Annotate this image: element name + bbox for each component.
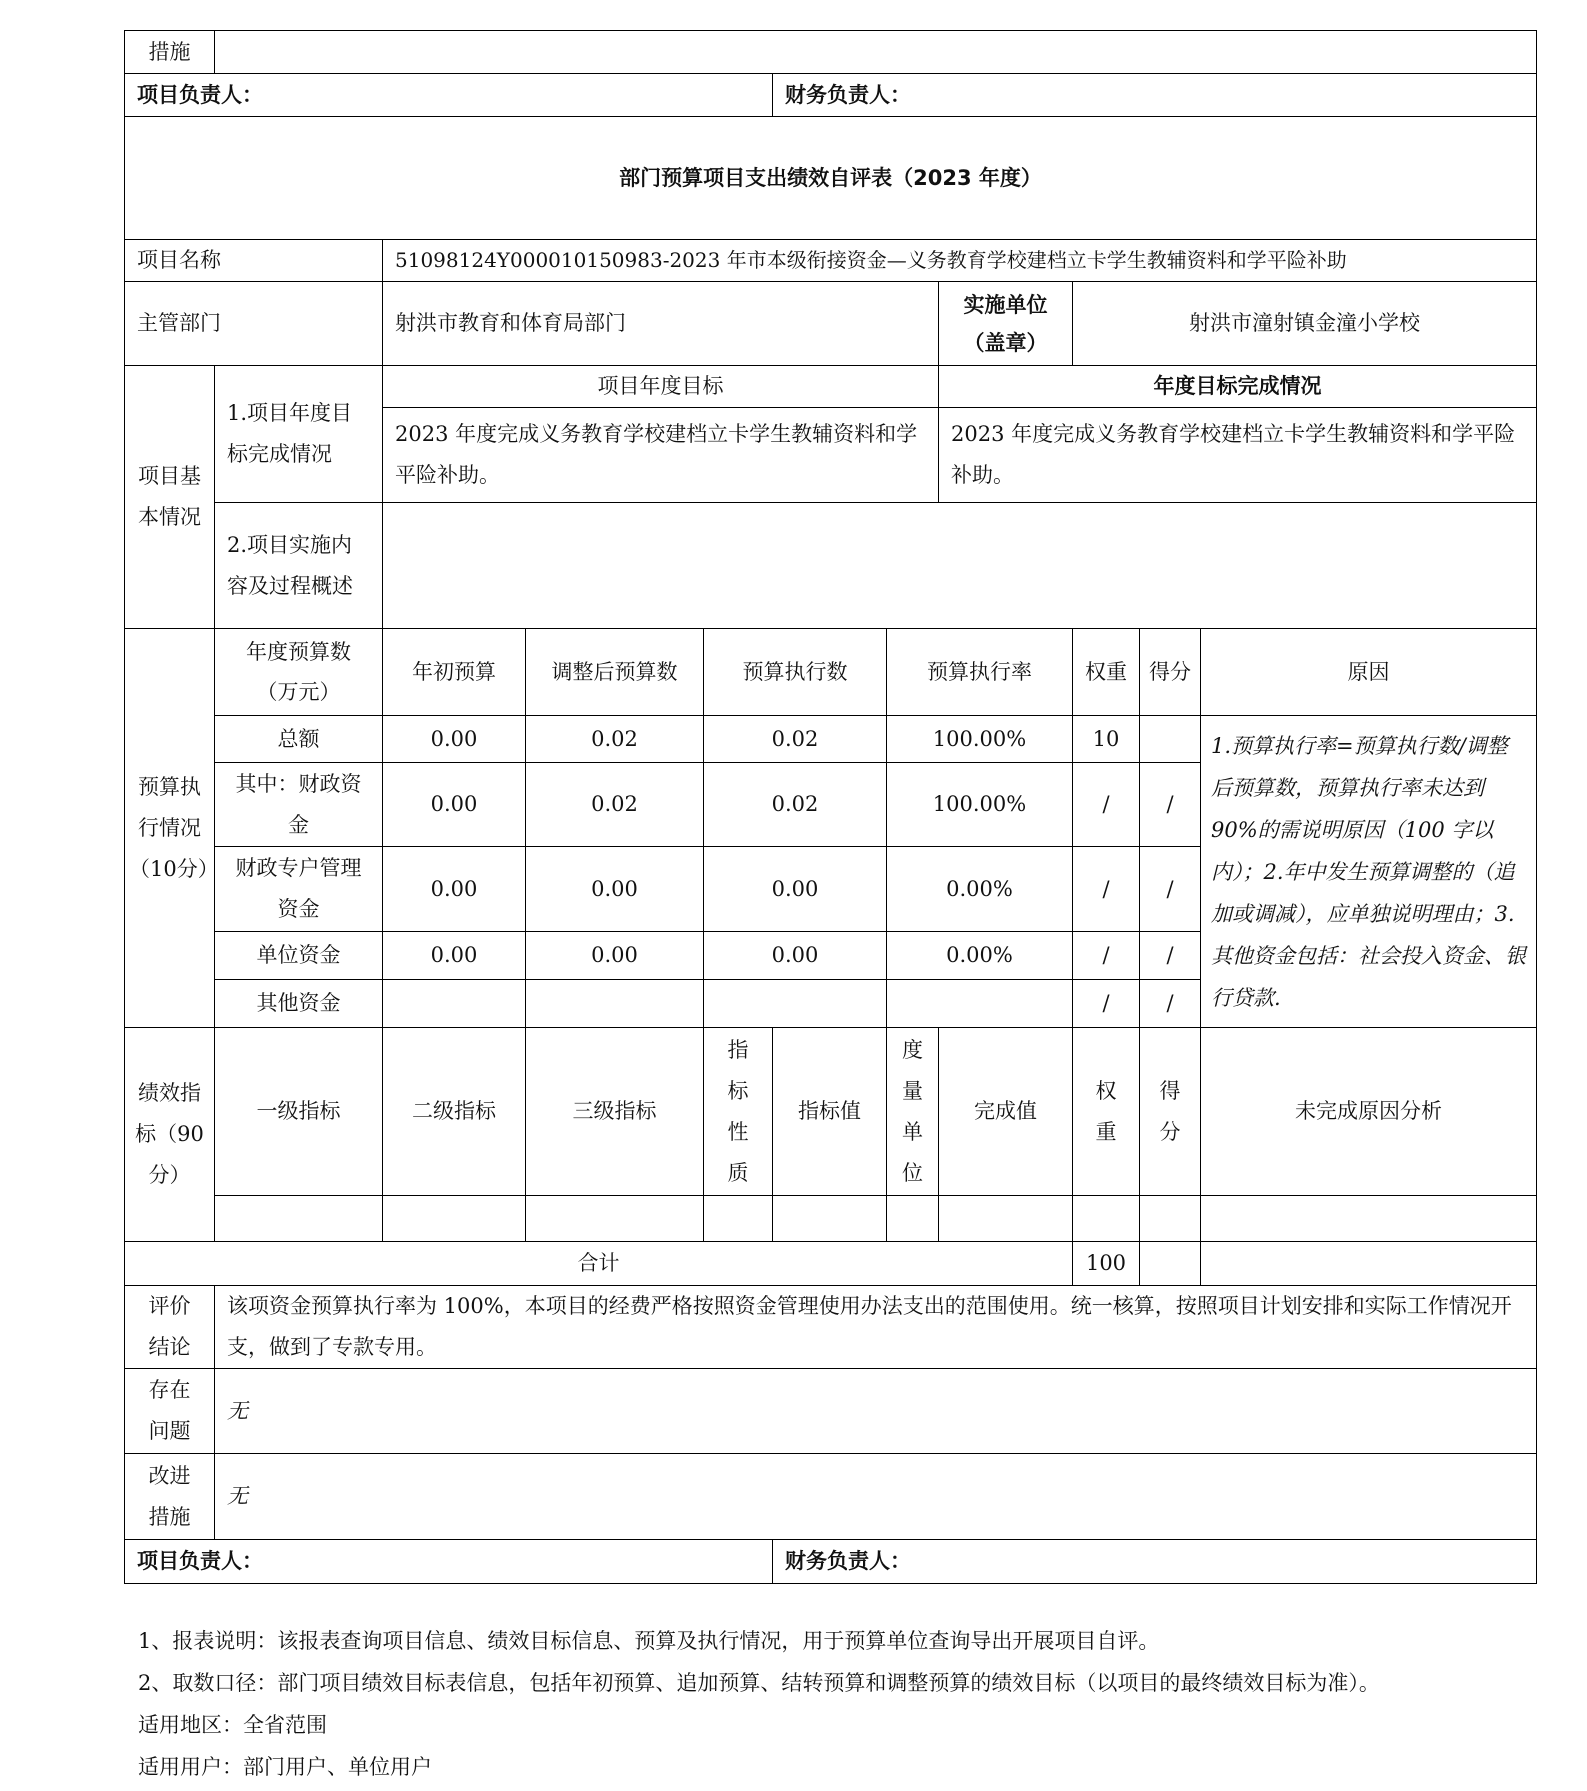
budget-row-adjusted: 0.02 (526, 763, 704, 847)
budget-row-rate: 0.00% (887, 847, 1073, 932)
budget-header-initial: 年初预算 (383, 629, 526, 716)
budget-row-label: 其他资金 (215, 980, 383, 1028)
issues-text: 无 (215, 1369, 1537, 1454)
footer-project-lead-label: 项目负责人： (125, 1540, 773, 1584)
indicator-cell-level3[interactable] (526, 1196, 704, 1242)
project-name-value: 51098124Y000010150983-2023 年市本级衔接资金—义务教育… (383, 240, 1537, 282)
completion-text: 2023 年度完成义务教育学校建档立卡学生教辅资料和学平险补助。 (939, 408, 1537, 503)
budget-row-executed: 0.02 (704, 716, 887, 763)
indicator-header-nature: 指标性质 (704, 1028, 773, 1196)
impl-unit-label-line1: 实施单位 (951, 286, 1060, 324)
form-title: 部门预算项目支出绩效自评表（2023 年度） (125, 117, 1537, 240)
budget-row-initial (383, 980, 526, 1028)
budget-row-rate: 100.00% (887, 763, 1073, 847)
indicator-cell-nature[interactable] (704, 1196, 773, 1242)
budget-row-executed (704, 980, 887, 1028)
indicator-header-value: 指标值 (773, 1028, 887, 1196)
measures-label: 措施 (125, 31, 215, 74)
note-report-description: 1、报表说明：该报表查询项目信息、绩效目标信息、预算及执行情况，用于预算单位查询… (138, 1620, 1380, 1662)
budget-row-executed: 0.00 (704, 932, 887, 980)
total-analysis (1201, 1242, 1537, 1286)
indicator-cell-completed[interactable] (939, 1196, 1073, 1242)
indicator-header-completed: 完成值 (939, 1028, 1073, 1196)
goal-header: 项目年度目标 (383, 366, 939, 408)
budget-row-adjusted: 0.00 (526, 932, 704, 980)
budget-row-initial: 0.00 (383, 763, 526, 847)
indicator-cell-level1[interactable] (215, 1196, 383, 1242)
finance-lead-label: 财务负责人： (773, 74, 1537, 117)
department-label: 主管部门 (125, 282, 383, 366)
budget-row-weight: 10 (1073, 716, 1140, 763)
goal-text: 2023 年度完成义务教育学校建档立卡学生教辅资料和学平险补助。 (383, 408, 939, 503)
indicator-header-level3: 三级指标 (526, 1028, 704, 1196)
indicator-header-level1: 一级指标 (215, 1028, 383, 1196)
basic-situation-label: 项目基本情况 (125, 366, 215, 629)
budget-row-score: / (1140, 932, 1201, 980)
impl-unit-label-line2: （盖章） (951, 324, 1060, 362)
budget-row-rate (887, 980, 1073, 1028)
improve-label: 改进措施 (125, 1454, 215, 1540)
note-data-scope: 2、取数口径：部门项目绩效目标表信息，包括年初预算、追加预算、结转预算和调整预算… (138, 1662, 1380, 1704)
budget-reason-note: 1.预算执行率=预算执行数/调整后预算数，预算执行率未达到 90%的需说明原因（… (1201, 716, 1537, 1028)
budget-row-weight: / (1073, 763, 1140, 847)
conclusion-text: 该项资金预算执行率为 100%，本项目的经费严格按照资金管理使用办法支出的范围使… (215, 1286, 1537, 1369)
budget-header-annual: 年度预算数（万元） (215, 629, 383, 716)
budget-row-initial: 0.00 (383, 716, 526, 763)
budget-row-label: 财政专户管理资金 (215, 847, 383, 932)
budget-row-adjusted: 0.00 (526, 847, 704, 932)
indicator-cell-level2[interactable] (383, 1196, 526, 1242)
indicator-cell-analysis[interactable] (1201, 1196, 1537, 1242)
budget-header-score: 得分 (1140, 629, 1201, 716)
budget-section-label: 预算执行情况（10分） (125, 629, 215, 1028)
indicator-header-weight: 权重 (1073, 1028, 1140, 1196)
budget-header-reason: 原因 (1201, 629, 1537, 716)
budget-row-label: 单位资金 (215, 932, 383, 980)
budget-row-score: / (1140, 847, 1201, 932)
indicator-cell-score[interactable] (1140, 1196, 1201, 1242)
budget-row-initial: 0.00 (383, 847, 526, 932)
department-value: 射洪市教育和体育局部门 (383, 282, 939, 366)
indicator-header-score: 得分 (1140, 1028, 1201, 1196)
report-notes: 1、报表说明：该报表查询项目信息、绩效目标信息、预算及执行情况，用于预算单位查询… (138, 1620, 1380, 1788)
indicator-header-level2: 二级指标 (383, 1028, 526, 1196)
goal-completion-label: 1.项目年度目标完成情况 (215, 366, 383, 503)
impl-unit-value: 射洪市潼射镇金潼小学校 (1073, 282, 1537, 366)
indicator-cell-unit[interactable] (887, 1196, 939, 1242)
indicator-cell-value[interactable] (773, 1196, 887, 1242)
total-weight: 100 (1073, 1242, 1140, 1286)
note-applicable-region: 适用地区：全省范围 (138, 1704, 1380, 1746)
measures-value[interactable] (215, 31, 1537, 74)
process-text (383, 503, 1537, 629)
project-lead-label: 项目负责人： (125, 74, 773, 117)
impl-unit-label: 实施单位 （盖章） (939, 282, 1073, 366)
budget-row-initial: 0.00 (383, 932, 526, 980)
footer-finance-lead-label: 财务负责人： (773, 1540, 1537, 1584)
performance-self-evaluation-form: 措施 项目负责人： 财务负责人： 部门预算项目支出绩效自评表（2023 年度） … (124, 30, 1537, 1584)
project-name-label: 项目名称 (125, 240, 383, 282)
conclusion-label: 评价结论 (125, 1286, 215, 1369)
budget-header-executed: 预算执行数 (704, 629, 887, 716)
budget-row-score: / (1140, 980, 1201, 1028)
budget-row-score: / (1140, 763, 1201, 847)
budget-row-rate: 0.00% (887, 932, 1073, 980)
improve-text: 无 (215, 1454, 1537, 1540)
budget-row-label: 总额 (215, 716, 383, 763)
budget-row-executed: 0.00 (704, 847, 887, 932)
budget-row-executed: 0.02 (704, 763, 887, 847)
process-label: 2.项目实施内容及过程概述 (215, 503, 383, 629)
budget-row-score[interactable] (1140, 716, 1201, 763)
budget-row-label: 其中：财政资金 (215, 763, 383, 847)
budget-header-rate: 预算执行率 (887, 629, 1073, 716)
budget-row-weight: / (1073, 932, 1140, 980)
budget-row-rate: 100.00% (887, 716, 1073, 763)
budget-row-adjusted (526, 980, 704, 1028)
budget-row-weight: / (1073, 847, 1140, 932)
completion-header: 年度目标完成情况 (939, 366, 1537, 408)
budget-header-adjusted: 调整后预算数 (526, 629, 704, 716)
issues-label: 存在问题 (125, 1369, 215, 1454)
budget-row-adjusted: 0.02 (526, 716, 704, 763)
total-score (1140, 1242, 1201, 1286)
budget-row-weight: / (1073, 980, 1140, 1028)
budget-header-weight: 权重 (1073, 629, 1140, 716)
total-label: 合计 (125, 1242, 1073, 1286)
note-applicable-users: 适用用户：部门用户、单位用户 (138, 1746, 1380, 1788)
indicator-header-unit: 度量单位 (887, 1028, 939, 1196)
indicator-header-analysis: 未完成原因分析 (1201, 1028, 1537, 1196)
indicator-cell-weight[interactable] (1073, 1196, 1140, 1242)
indicators-section-label: 绩效指标（90分） (125, 1028, 215, 1242)
